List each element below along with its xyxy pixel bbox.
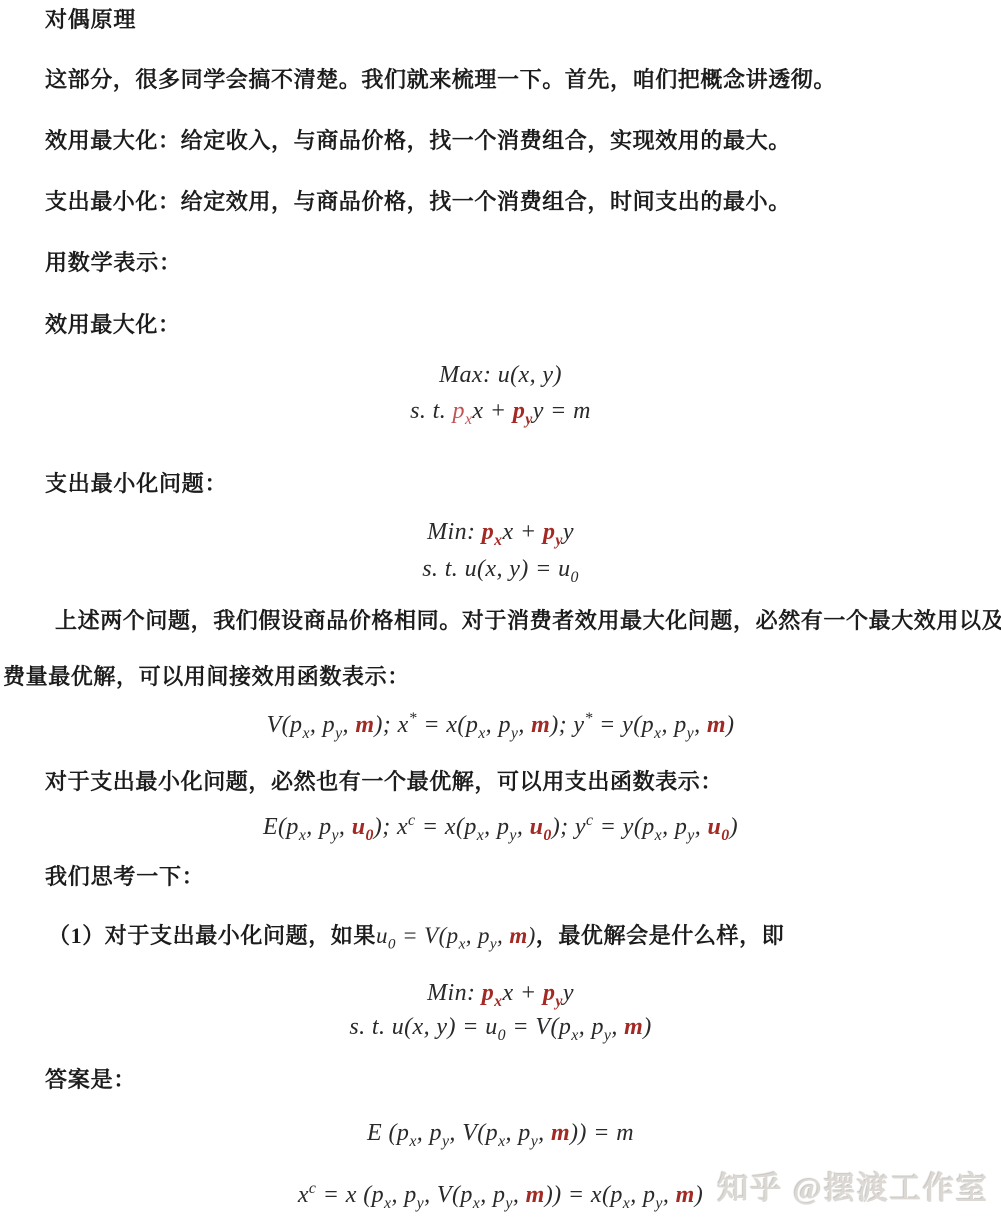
formula-min-constraint-2: s. t. u(x, y) = u0 = V(px, py, m): [0, 1012, 1001, 1042]
formula-min-constraint: s. t. u(x, y) = u0: [0, 554, 1001, 584]
doc-title: 对偶原理: [45, 6, 986, 34]
formula-min-objective: Min: pxx + pyy: [0, 517, 1001, 547]
label-utility-max: 效用最大化：: [45, 311, 986, 339]
formula-max-objective: Max: u(x, y): [0, 360, 1001, 390]
heading-expenditure-min: 支出最小化问题：: [45, 470, 986, 498]
item-1-question: （1）对于支出最小化问题，如果u0 = V(px, py, m)，最优解会是什么…: [48, 922, 784, 951]
formula-min-objective-2: Min: pxx + pyy: [0, 978, 1001, 1008]
paragraph-intro: 这部分，很多同学会搞不清楚。我们就来梳理一下。首先，咱们把概念讲透彻。: [45, 66, 986, 94]
formula-indirect-utility: V(px, py, m); x* = x(px, py, m); y* = y(…: [0, 710, 1001, 740]
paragraph-two-problems-line1: 上述两个问题，我们假设商品价格相同。对于消费者效用最大化问题，必然有一个最大效用…: [55, 607, 986, 635]
heading-math-notation: 用数学表示：: [45, 249, 986, 277]
paragraph-two-problems-line2: 费量最优解，可以用间接效用函数表示：: [3, 663, 986, 691]
document-page: 对偶原理 这部分，很多同学会搞不清楚。我们就来梳理一下。首先，咱们把概念讲透彻。…: [0, 0, 1001, 1224]
formula-expenditure-function: E(px, py, u0); xc = x(px, py, u0); yc = …: [0, 812, 1001, 842]
formula-duality-identity: E (px, py, V(px, py, m)) = m: [0, 1118, 1001, 1148]
paragraph-utility-max-def: 效用最大化：给定收入，与商品价格，找一个消费组合，实现效用的最大。: [45, 127, 986, 155]
zhihu-watermark: 知乎 @摆渡工作室: [717, 1163, 989, 1208]
paragraph-expenditure-solution: 对于支出最小化问题，必然也有一个最优解，可以用支出函数表示：: [45, 768, 986, 796]
heading-think: 我们思考一下：: [45, 863, 986, 891]
label-answer: 答案是：: [45, 1066, 986, 1094]
formula-max-constraint: s. t. pxx + pyy = m: [0, 396, 1001, 426]
paragraph-expenditure-min-def: 支出最小化：给定效用，与商品价格，找一个消费组合，时间支出的最小。: [45, 188, 986, 216]
